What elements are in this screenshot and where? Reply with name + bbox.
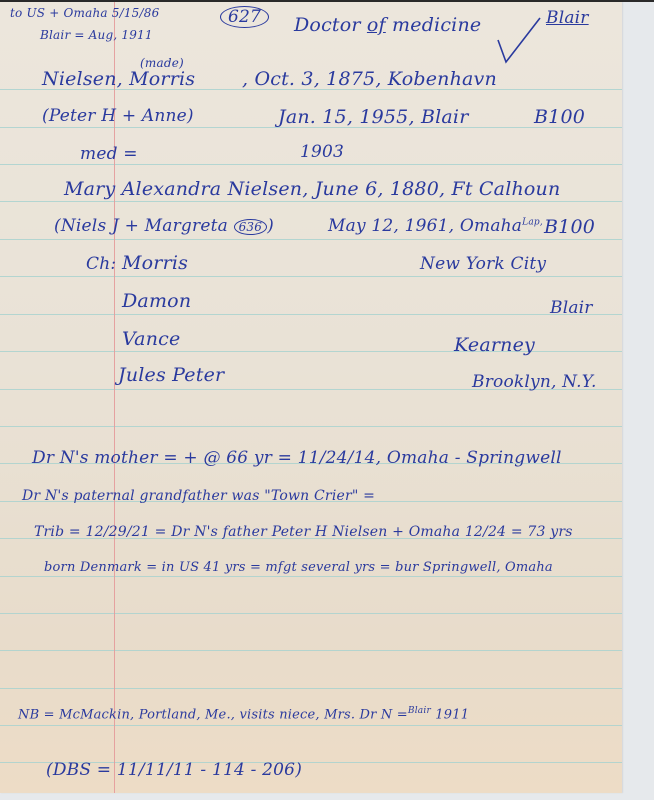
ruled-line: [0, 426, 622, 427]
child-name: Jules Peter: [118, 364, 224, 386]
spouse-parents-close: ): [267, 216, 274, 236]
nb-text: NB = McMackin, Portland, Me., visits nie…: [18, 707, 408, 722]
ruled-line: [0, 576, 622, 577]
spouse-record-ref: 636: [234, 219, 268, 235]
marriage-label: med =: [80, 144, 138, 164]
ruled-line: [0, 201, 622, 202]
ruled-line: [0, 650, 622, 651]
header-blair-right: Blair: [546, 8, 589, 28]
child-place: Brooklyn, N.Y.: [472, 372, 597, 392]
subject-birth: , Oct. 3, 1875, Kobenhavn: [242, 68, 497, 90]
spouse-death-annotation: Lap,: [522, 217, 543, 227]
child-place: New York City: [420, 254, 546, 274]
title-of: of: [367, 14, 386, 36]
note-line: Dr N's paternal grandfather was "Town Cr…: [22, 488, 375, 504]
spouse-parents-names: (Niels J + Margreta: [54, 216, 228, 236]
marriage-year: 1903: [300, 142, 344, 162]
source-reference: (DBS = 11/11/11 - 114 - 206): [46, 760, 302, 780]
ruled-line: [0, 276, 622, 277]
nb-year: 1911: [431, 707, 469, 722]
subject-name: Nielsen, Morris: [42, 68, 195, 90]
nb-superscript: Blair: [408, 706, 431, 716]
record-number-circle: 627: [220, 6, 269, 28]
note-line: Trib = 12/29/21 = Dr N's father Peter H …: [34, 524, 573, 540]
child-name: Morris: [122, 252, 188, 274]
ruled-line: [0, 725, 622, 726]
subject-parents: (Peter H + Anne): [42, 106, 194, 126]
spouse-name-birth: Mary Alexandra Nielsen, June 6, 1880, Ft…: [64, 178, 560, 200]
ruled-line: [0, 688, 622, 689]
children-label: Ch:: [86, 254, 116, 274]
checkmark-icon: [496, 16, 546, 68]
ruled-line: [0, 164, 622, 165]
spouse-death: May 12, 1961, OmahaLap,: [328, 216, 543, 236]
child-place: Blair: [550, 298, 593, 318]
child-name: Damon: [122, 290, 191, 312]
header-arrival-note: to US + Omaha 5/15/86: [10, 6, 159, 20]
note-line: born Denmark = in US 41 yrs = mfgt sever…: [44, 560, 553, 575]
spouse-death-text: May 12, 1961, Omaha: [328, 216, 522, 236]
document-title: Doctor of medicine: [294, 14, 481, 36]
ruled-line: [0, 239, 622, 240]
note-line: Dr N's mother = + @ 66 yr = 11/24/14, Om…: [32, 448, 562, 468]
nb-note: NB = McMackin, Portland, Me., visits nie…: [18, 706, 469, 722]
subject-death: Jan. 15, 1955, Blair: [278, 106, 468, 128]
note-card: to US + Omaha 5/15/86 Blair = Aug, 1911 …: [0, 2, 622, 793]
ruled-line: [0, 314, 622, 315]
child-name: Vance: [122, 328, 180, 350]
record-number: 627: [220, 6, 269, 28]
title-post: medicine: [386, 14, 482, 36]
title-pre: Doctor: [294, 14, 367, 36]
child-place: Kearney: [454, 334, 535, 356]
spouse-death-code: B100: [544, 216, 595, 238]
header-blair-note: Blair = Aug, 1911: [40, 28, 153, 42]
subject-death-code: B100: [534, 106, 585, 128]
spouse-parents: (Niels J + Margreta 636): [54, 216, 274, 236]
ruled-line: [0, 613, 622, 614]
